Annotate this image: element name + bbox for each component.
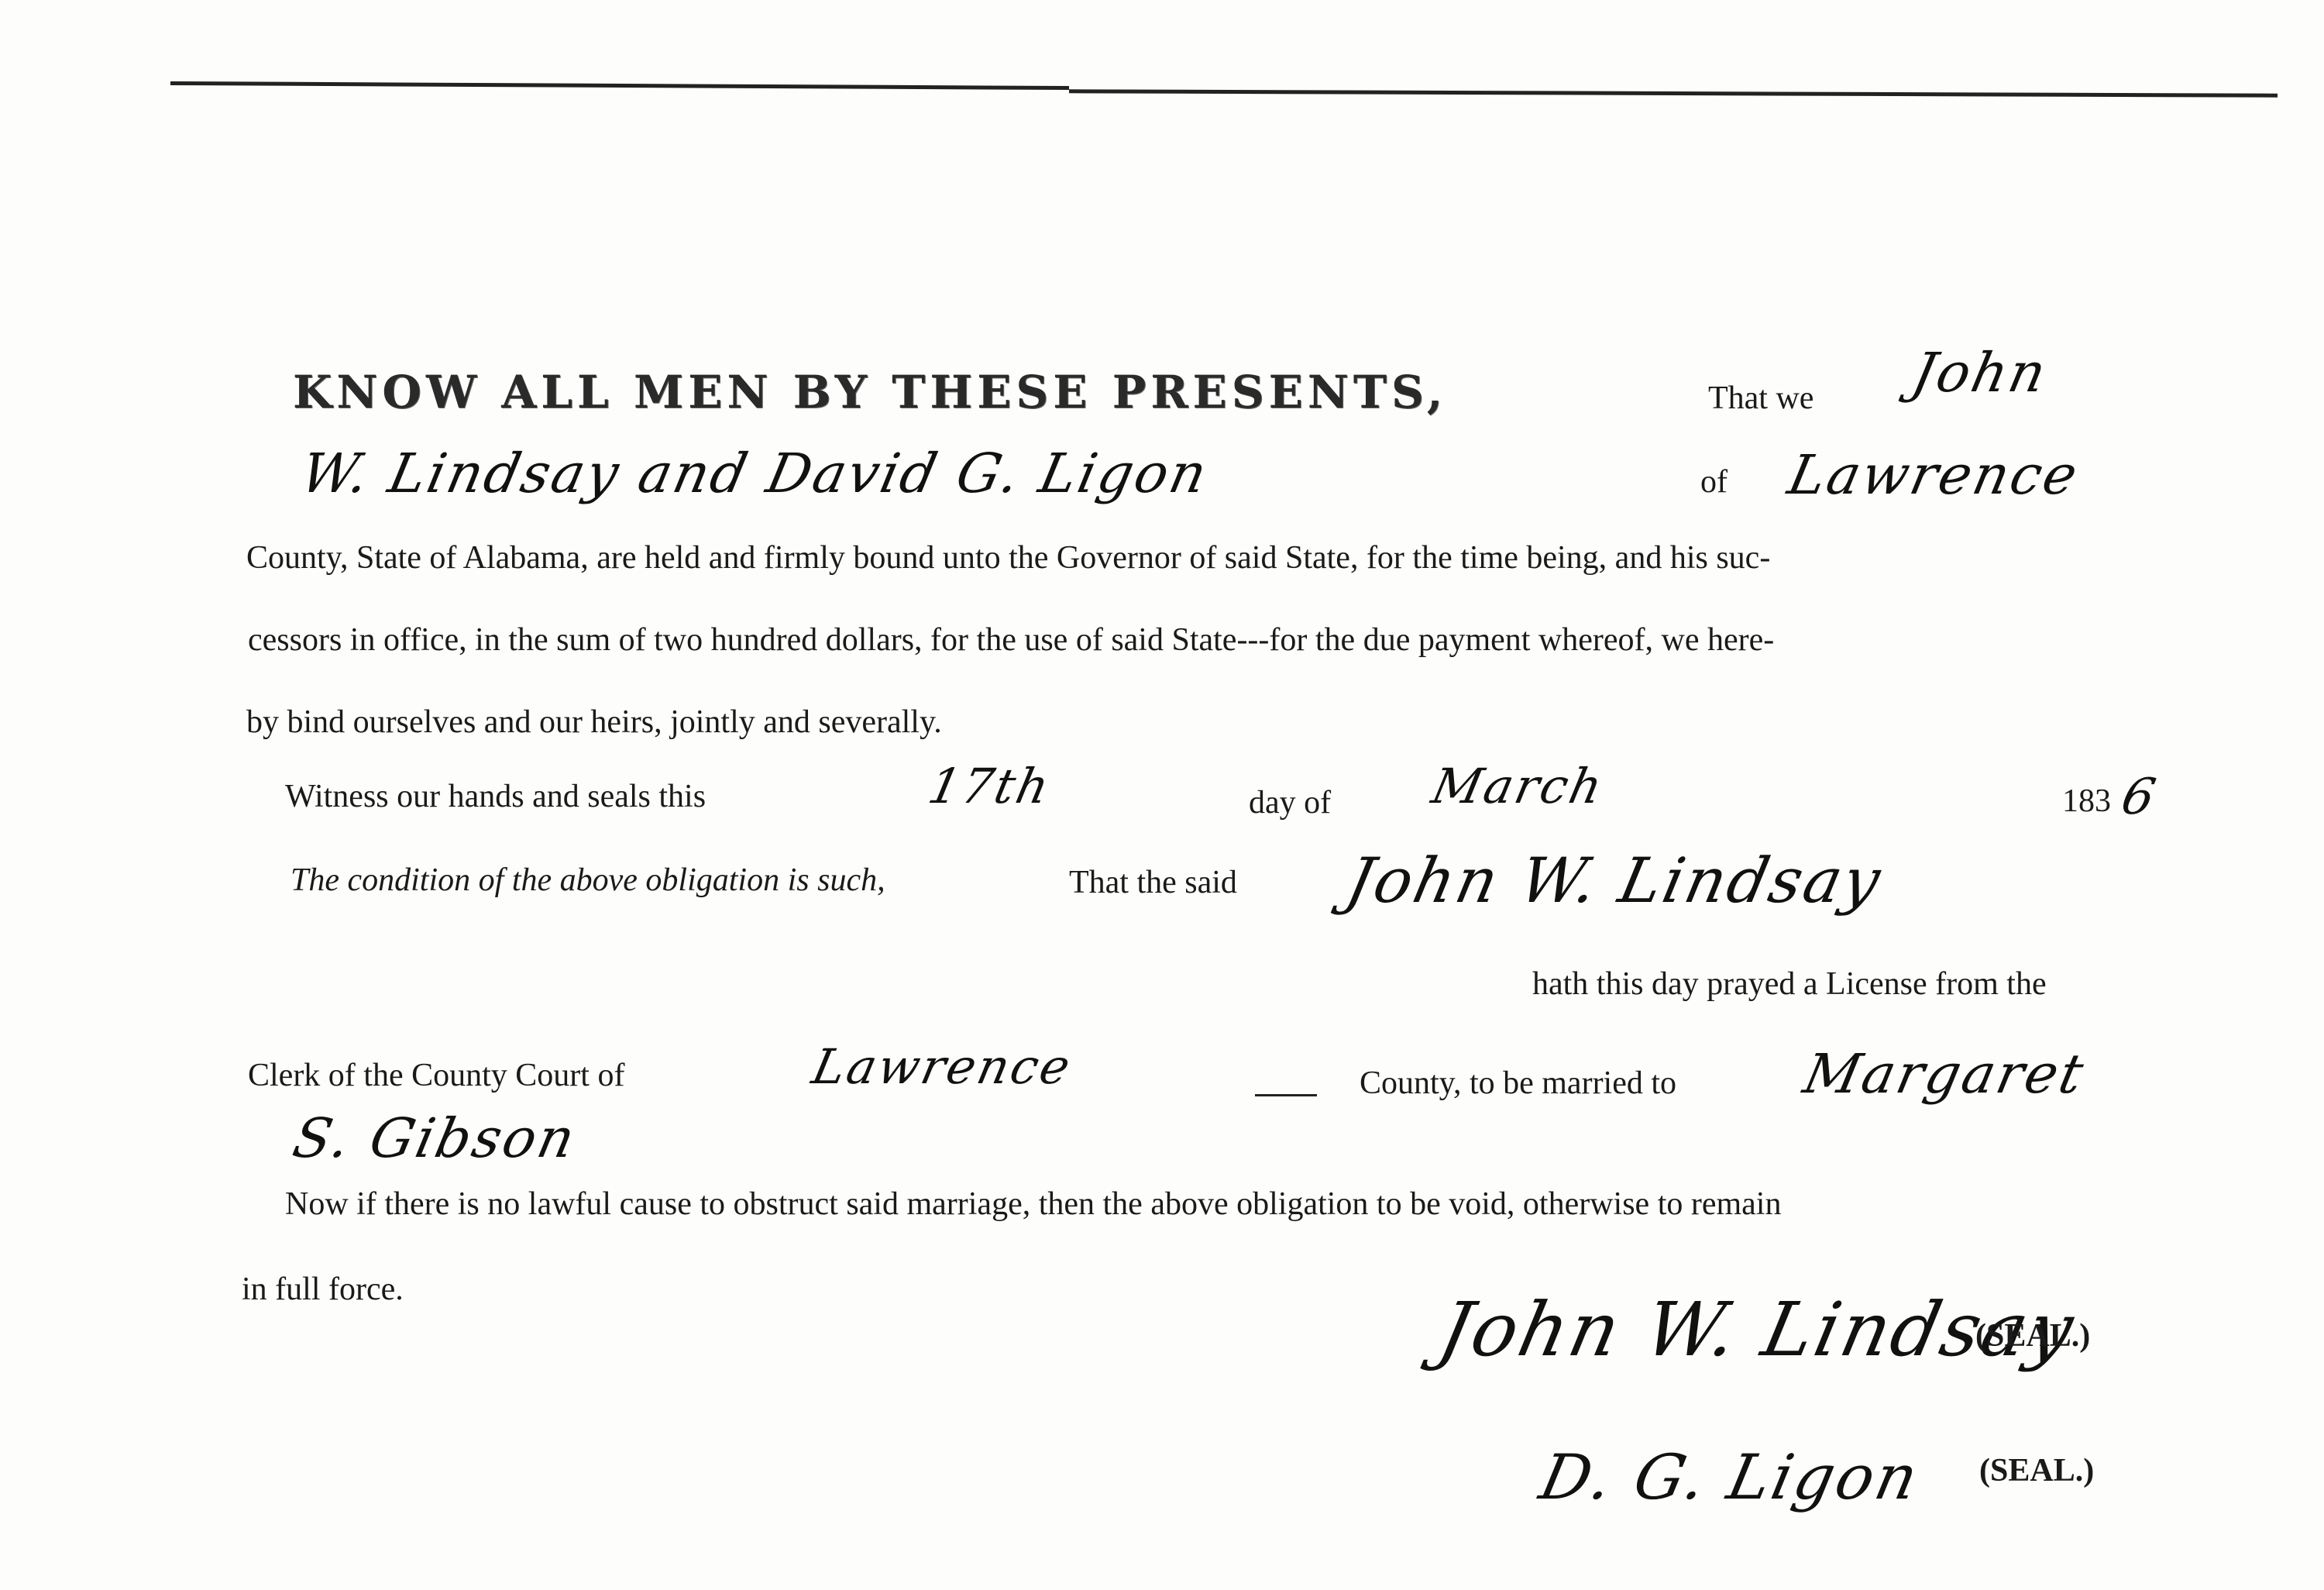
now-if-text: Now if there is no lawful cause to obstr… xyxy=(285,1186,1781,1223)
handwritten-year-digit: 6 xyxy=(2116,769,2162,826)
top-border-rule xyxy=(170,81,1069,90)
county-married-text: County, to be married to xyxy=(1360,1065,1676,1102)
handwritten-obligors: W. Lindsay and David G. Ligon xyxy=(295,442,1214,505)
full-force-text: in full force. xyxy=(242,1271,404,1308)
handwritten-day: 17th xyxy=(923,758,1056,814)
of-text: of xyxy=(1700,463,1728,501)
bond-text-line-1: County, State of Alabama, are held and f… xyxy=(246,539,1770,576)
handwritten-applicant: John W. Lindsay xyxy=(1340,845,1889,917)
day-of-text: day of xyxy=(1249,784,1331,821)
top-border-rule xyxy=(1069,89,2278,97)
handwritten-court-county: Lawrence xyxy=(807,1038,1077,1095)
seal-label-1: (SEAL.) xyxy=(1975,1317,2090,1354)
signature-dg-ligon: D. G. Ligon xyxy=(1534,1441,1926,1513)
county-dash xyxy=(1255,1094,1317,1096)
that-we-text: That we xyxy=(1708,380,1813,417)
bond-text-line-3: by bind ourselves and our heirs, jointly… xyxy=(246,704,942,741)
handwritten-county: Lawrence xyxy=(1783,443,2085,507)
year-prefix: 183 xyxy=(2062,783,2111,820)
marriage-bond-document: KNOW ALL MEN BY THESE PRESENTS, That we … xyxy=(0,0,2324,1590)
handwritten-name-part1: John xyxy=(1906,341,2054,404)
handwritten-month: March xyxy=(1427,758,1609,814)
condition-text: The condition of the above obligation is… xyxy=(290,862,885,899)
clerk-text: Clerk of the County Court of xyxy=(248,1057,624,1094)
document-heading: KNOW ALL MEN BY THESE PRESENTS, xyxy=(293,366,1447,418)
prayed-license-text: hath this day prayed a License from the xyxy=(1532,965,2047,1003)
that-the-said-text: That the said xyxy=(1069,864,1237,901)
seal-label-2: (SEAL.) xyxy=(1979,1452,2094,1489)
witness-text: Witness our hands and seals this xyxy=(285,778,706,815)
handwritten-bride-first: Margaret xyxy=(1798,1042,2091,1106)
handwritten-bride-last: S. Gibson xyxy=(287,1106,583,1170)
bond-text-line-2: cessors in office, in the sum of two hun… xyxy=(248,621,1774,659)
